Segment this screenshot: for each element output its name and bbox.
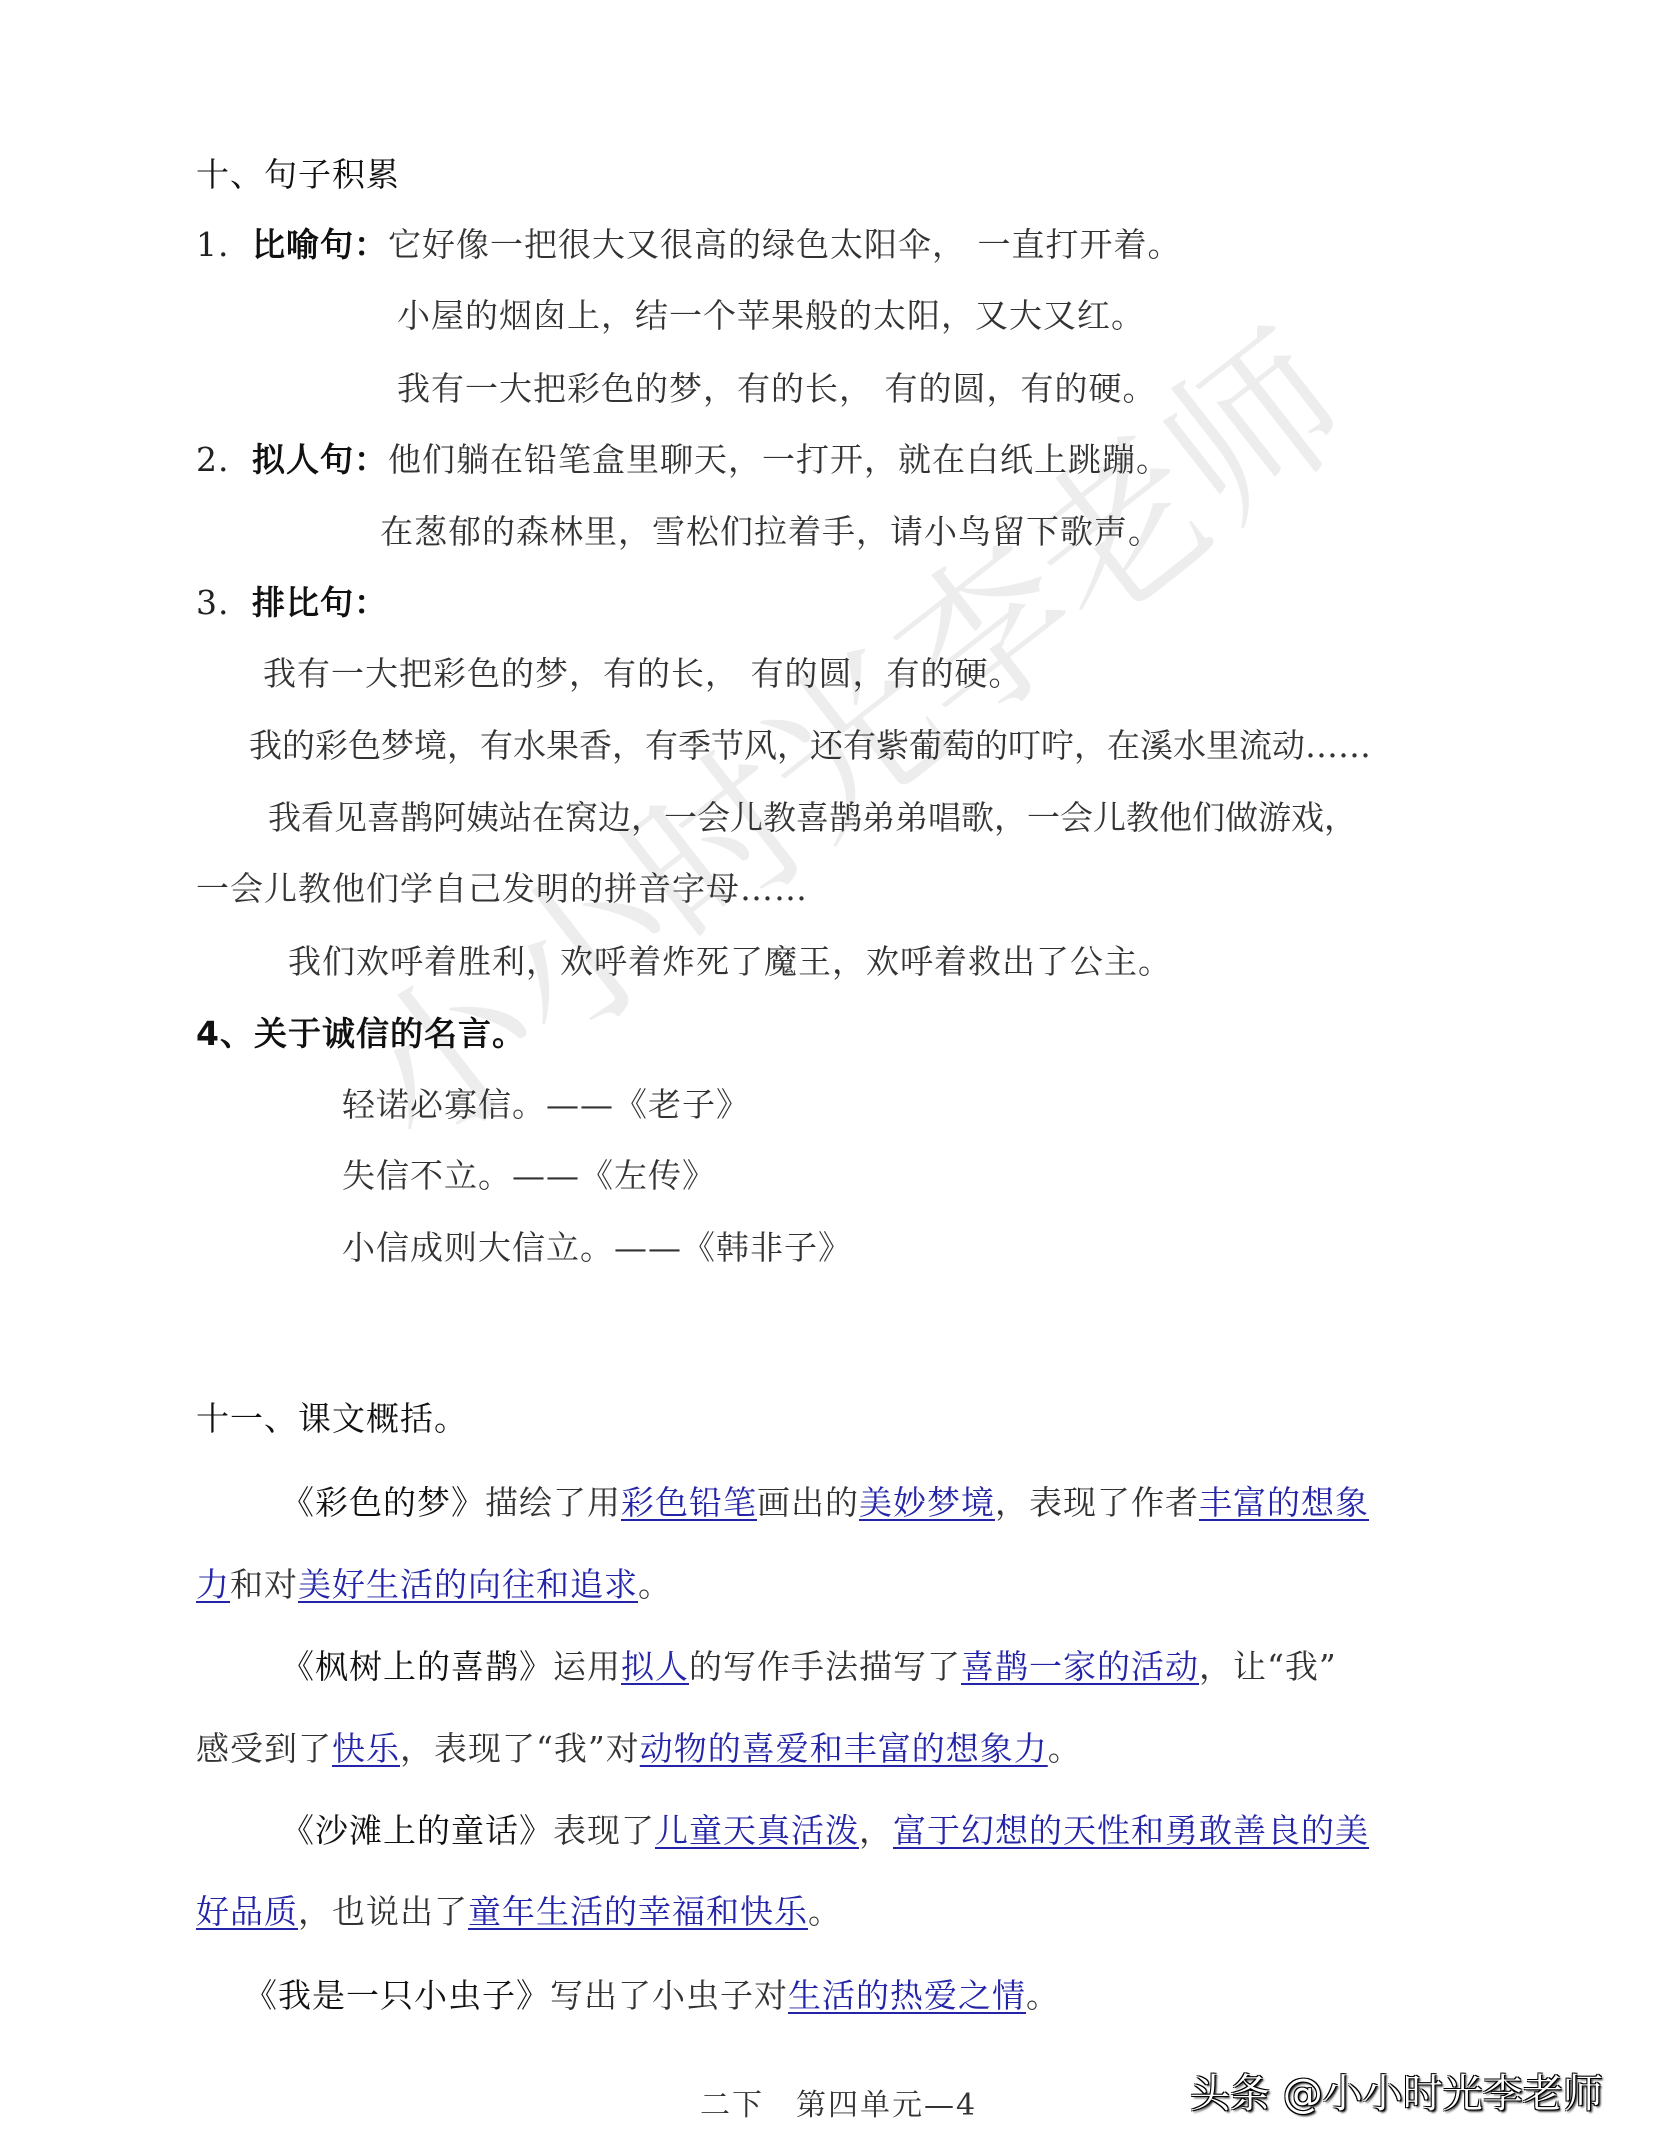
- item-number: 1.: [196, 225, 252, 265]
- keyword-link[interactable]: 美妙梦境: [859, 1483, 995, 1522]
- keyword-link[interactable]: 喜鹊一家的活动: [961, 1647, 1199, 1686]
- summary-paragraph-cont: 好品质，也说出了童年生活的幸福和快乐。: [196, 1892, 842, 1932]
- text-segment: ，让“我”: [1199, 1647, 1337, 1686]
- keyword-link[interactable]: 儿童天真活泼: [655, 1811, 859, 1850]
- keyword-link[interactable]: 力: [196, 1565, 230, 1604]
- item-personification: 2.拟人句：他们躺在铅笔盒里聊天，一打开，就在白纸上跳蹦。: [196, 440, 1170, 480]
- text-segment: 表现了: [553, 1811, 655, 1850]
- keyword-link[interactable]: 丰富的想象: [1199, 1483, 1369, 1522]
- text-segment: 。: [1026, 1976, 1060, 2015]
- sentence: 它好像一把很大又很高的绿色太阳伞， 一直打开着。: [388, 225, 1182, 264]
- text-segment: 和对: [230, 1565, 298, 1604]
- item-number: 2.: [196, 440, 252, 480]
- keyword-link[interactable]: 动物的喜爱和丰富的想象力: [640, 1729, 1048, 1768]
- keyword-link[interactable]: 彩色铅笔: [621, 1483, 757, 1522]
- sentence: 我看见喜鹊阿姨站在窝边，一会儿教喜鹊弟弟唱歌，一会儿教他们做游戏，: [268, 798, 1357, 838]
- keyword-link[interactable]: 好品质: [196, 1892, 298, 1931]
- sentence: 他们躺在铅笔盒里聊天，一打开，就在白纸上跳蹦。: [388, 440, 1170, 479]
- text-segment: 。: [1048, 1729, 1082, 1768]
- brand-watermark: 头条 @小小时光李老师: [1190, 2062, 1603, 2119]
- keyword-link[interactable]: 快乐: [332, 1729, 400, 1768]
- item-label: 拟人句：: [252, 440, 388, 479]
- keyword-link[interactable]: 美好生活的向往和追求: [298, 1565, 638, 1604]
- text-segment: 描绘了用: [485, 1483, 621, 1522]
- keyword-link[interactable]: 拟人: [621, 1647, 689, 1686]
- sentence: 小屋的烟囱上，结一个苹果般的太阳，又大又红。: [397, 296, 1145, 336]
- sentence: 在葱郁的森林里，雪松们拉着手，请小鸟留下歌声。: [380, 512, 1162, 552]
- quote: 失信不立。——《左传》: [342, 1156, 716, 1196]
- text-segment: ，: [859, 1811, 893, 1850]
- section-heading-summaries: 十一、课文概括。: [196, 1399, 468, 1439]
- work-title: 《沙滩上的童话》: [281, 1811, 553, 1850]
- text-segment: ，表现了作者: [995, 1483, 1199, 1522]
- summary-paragraph: 《我是一只小虫子》写出了小虫子对生活的热爱之情。: [244, 1976, 1060, 2016]
- item-number: 3.: [196, 583, 252, 623]
- text-segment: 运用: [553, 1647, 621, 1686]
- text-segment: 的写作手法描写了: [689, 1647, 961, 1686]
- summary-paragraph: 《枫树上的喜鹊》运用拟人的写作手法描写了喜鹊一家的活动，让“我”: [281, 1647, 1337, 1687]
- text-segment: 写出了小虫子对: [550, 1976, 788, 2015]
- sentence: 我有一大把彩色的梦，有的长， 有的圆，有的硬。: [397, 369, 1157, 409]
- sentence: 我的彩色梦境，有水果香，有季节风，还有紫葡萄的叮咛，在溪水里流动……: [249, 726, 1371, 766]
- summary-paragraph-cont: 力和对美好生活的向往和追求。: [196, 1565, 672, 1605]
- quote: 小信成则大信立。——《韩非子》: [342, 1228, 852, 1268]
- item-heading-integrity-quotes: 4、关于诚信的名言。: [196, 1014, 526, 1054]
- summary-paragraph: 《沙滩上的童话》表现了儿童天真活泼，富于幻想的天性和勇敢善良的美: [281, 1811, 1369, 1851]
- sentence: 我们欢呼着胜利，欢呼着炸死了魔王，欢呼着救出了公主。: [288, 942, 1172, 982]
- summary-paragraph-cont: 感受到了快乐，表现了“我”对动物的喜爱和丰富的想象力。: [196, 1729, 1082, 1769]
- summary-paragraph: 《彩色的梦》描绘了用彩色铅笔画出的美妙梦境，表现了作者丰富的想象: [281, 1483, 1369, 1523]
- item-parallelism: 3.排比句：: [196, 583, 388, 623]
- section-heading-sentences: 十、句子积累: [196, 155, 400, 195]
- sentence: 一会儿教他们学自己发明的拼音字母……: [196, 869, 808, 909]
- page-footer: 二下 第四单元—4: [700, 2080, 977, 2124]
- text-segment: 画出的: [757, 1483, 859, 1522]
- work-title: 《彩色的梦》: [281, 1483, 485, 1522]
- work-title: 《我是一只小虫子》: [244, 1976, 550, 2015]
- quote: 轻诺必寡信。——《老子》: [342, 1085, 750, 1125]
- item-label: 排比句：: [252, 583, 388, 622]
- text-segment: 。: [638, 1565, 672, 1604]
- work-title: 《枫树上的喜鹊》: [281, 1647, 553, 1686]
- item-simile: 1.比喻句：它好像一把很大又很高的绿色太阳伞， 一直打开着。: [196, 225, 1182, 265]
- text-segment: 。: [808, 1892, 842, 1931]
- text-segment: ，表现了“我”对: [400, 1729, 640, 1768]
- sentence: 我有一大把彩色的梦，有的长， 有的圆，有的硬。: [263, 654, 1023, 694]
- text-segment: 感受到了: [196, 1729, 332, 1768]
- text-segment: ，也说出了: [298, 1892, 468, 1931]
- item-label: 比喻句：: [252, 225, 388, 264]
- keyword-link[interactable]: 富于幻想的天性和勇敢善良的美: [893, 1811, 1369, 1850]
- keyword-link[interactable]: 童年生活的幸福和快乐: [468, 1892, 808, 1931]
- keyword-link[interactable]: 生活的热爱之情: [788, 1976, 1026, 2015]
